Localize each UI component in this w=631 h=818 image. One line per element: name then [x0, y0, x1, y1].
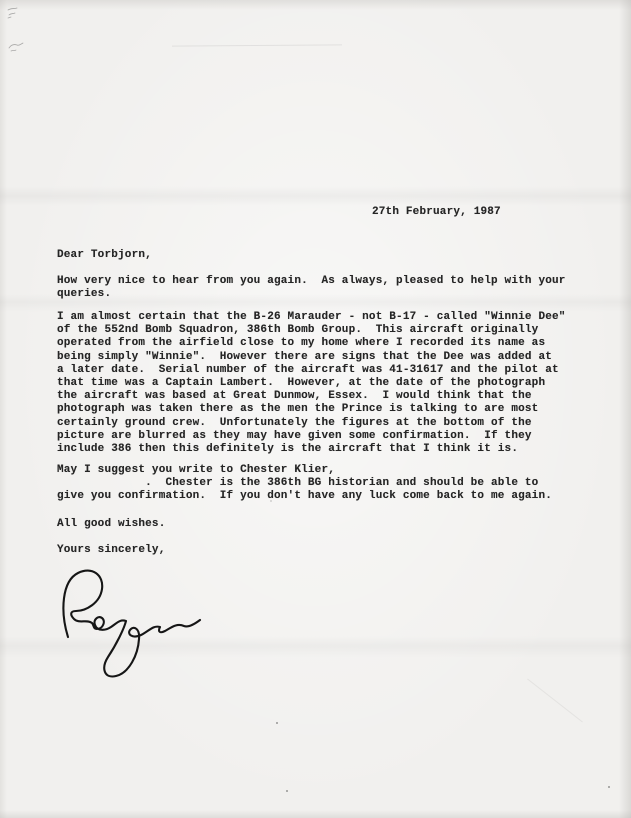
fold-crease — [527, 679, 583, 723]
scan-speck — [276, 722, 278, 724]
scan-speck — [608, 786, 610, 788]
signature-roger — [46, 563, 236, 685]
paragraph-suggestion: May I suggest you write to Chester Klier… — [57, 464, 552, 504]
paragraph-aircraft-details: I am almost certain that the B-26 Maraud… — [57, 311, 566, 456]
fold-crease — [172, 44, 342, 46]
scan-speck — [286, 790, 288, 792]
signoff-line: Yours sincerely, — [57, 544, 166, 557]
pencil-scribble-icon — [7, 40, 25, 54]
pencil-scribble-icon — [6, 6, 22, 20]
paragraph-greeting: How very nice to hear from you again. As… — [57, 275, 566, 301]
closing-line: All good wishes. — [57, 518, 166, 531]
letter-date: 27th February, 1987 — [372, 206, 501, 219]
salutation: Dear Torbjorn, — [57, 249, 152, 262]
scanned-letter-page: 27th February, 1987 Dear Torbjorn, How v… — [0, 0, 631, 818]
